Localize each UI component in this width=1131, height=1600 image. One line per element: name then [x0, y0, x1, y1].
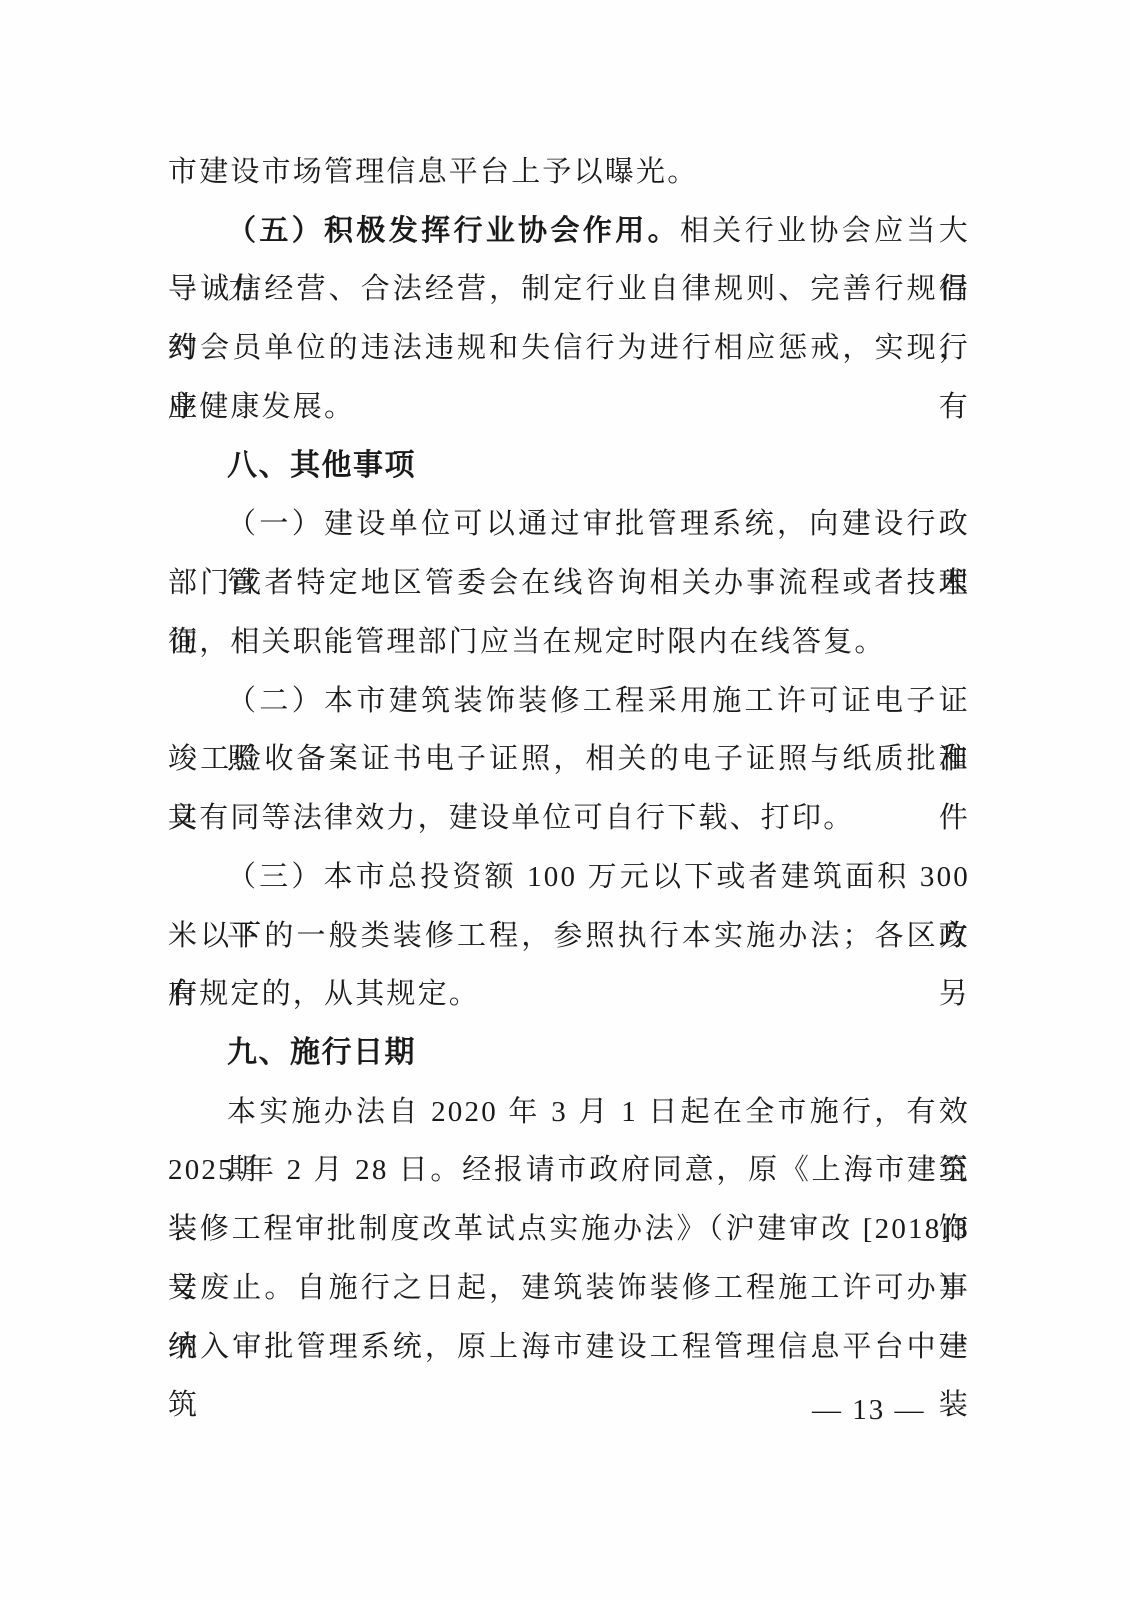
text-line: 导诚信经营、合法经营，制定行业自律规则、完善行规行约， [168, 260, 970, 319]
body-text: 有规定的，从其规定。 [168, 978, 480, 1010]
clause-lead: （五）积极发挥行业协会作用。 [227, 215, 680, 247]
text-line: 装修工程审批制度改革试点实施办法》（沪建审改 [2018]3 号） [168, 1200, 970, 1259]
text-line: 部门或者特定地区管委会在线咨询相关办事流程或者技术征 [168, 554, 970, 613]
text-line: （三）本市总投资额 100 万元以下或者建筑面积 300 平方 [168, 848, 970, 907]
body-text: 市建设市场管理信息平台上予以曝光。 [168, 156, 698, 188]
section-heading: 八、其他事项 [227, 449, 416, 482]
text-line: （一）建设单位可以通过审批管理系统，向建设行政管理 [168, 495, 970, 554]
text-line: 八、其他事项 [168, 437, 970, 496]
text-line: 纳入审批管理系统，原上海市建设工程管理信息平台中建筑装 [168, 1318, 970, 1377]
document-page: 市建设市场管理信息平台上予以曝光。（五）积极发挥行业协会作用。相关行业协会应当大… [0, 0, 1131, 1600]
page-number: — 13 — [812, 1390, 926, 1430]
text-line: 九、施行日期 [168, 1024, 970, 1083]
body-text: 具有同等法律效力，建设单位可自行下载、打印。 [168, 802, 854, 834]
text-line: 竣工验收备案证书电子证照，相关的电子证照与纸质批准文件 [168, 730, 970, 789]
text-line: （二）本市建筑装饰装修工程采用施工许可证电子证照和 [168, 672, 970, 731]
text-line: 询，相关职能管理部门应当在规定时限内在线答复。 [168, 613, 970, 672]
text-line: 对会员单位的违法违规和失信行为进行相应惩戒，实现行业有 [168, 319, 970, 378]
text-line: 2025 年 2 月 28 日。经报请市政府同意，原《上海市建筑装饰 [168, 1141, 970, 1200]
document-body: 市建设市场管理信息平台上予以曝光。（五）积极发挥行业协会作用。相关行业协会应当大… [168, 143, 970, 1376]
text-line: （五）积极发挥行业协会作用。相关行业协会应当大力倡 [168, 202, 970, 261]
text-line: 本实施办法自 2020 年 3 月 1 日起在全市施行，有效期至 [168, 1083, 970, 1142]
section-heading: 九、施行日期 [227, 1036, 416, 1069]
body-text: 序健康发展。 [168, 391, 355, 423]
body-text: 询，相关职能管理部门应当在规定时限内在线答复。 [168, 626, 886, 658]
text-line: 具有同等法律效力，建设单位可自行下载、打印。 [168, 789, 970, 848]
text-line: 文废止。自施行之日起，建筑装饰装修工程施工许可办事统一 [168, 1259, 970, 1318]
text-line: 米以下的一般类装修工程，参照执行本实施办法；各区政府另 [168, 907, 970, 966]
text-line: 市建设市场管理信息平台上予以曝光。 [168, 143, 970, 202]
